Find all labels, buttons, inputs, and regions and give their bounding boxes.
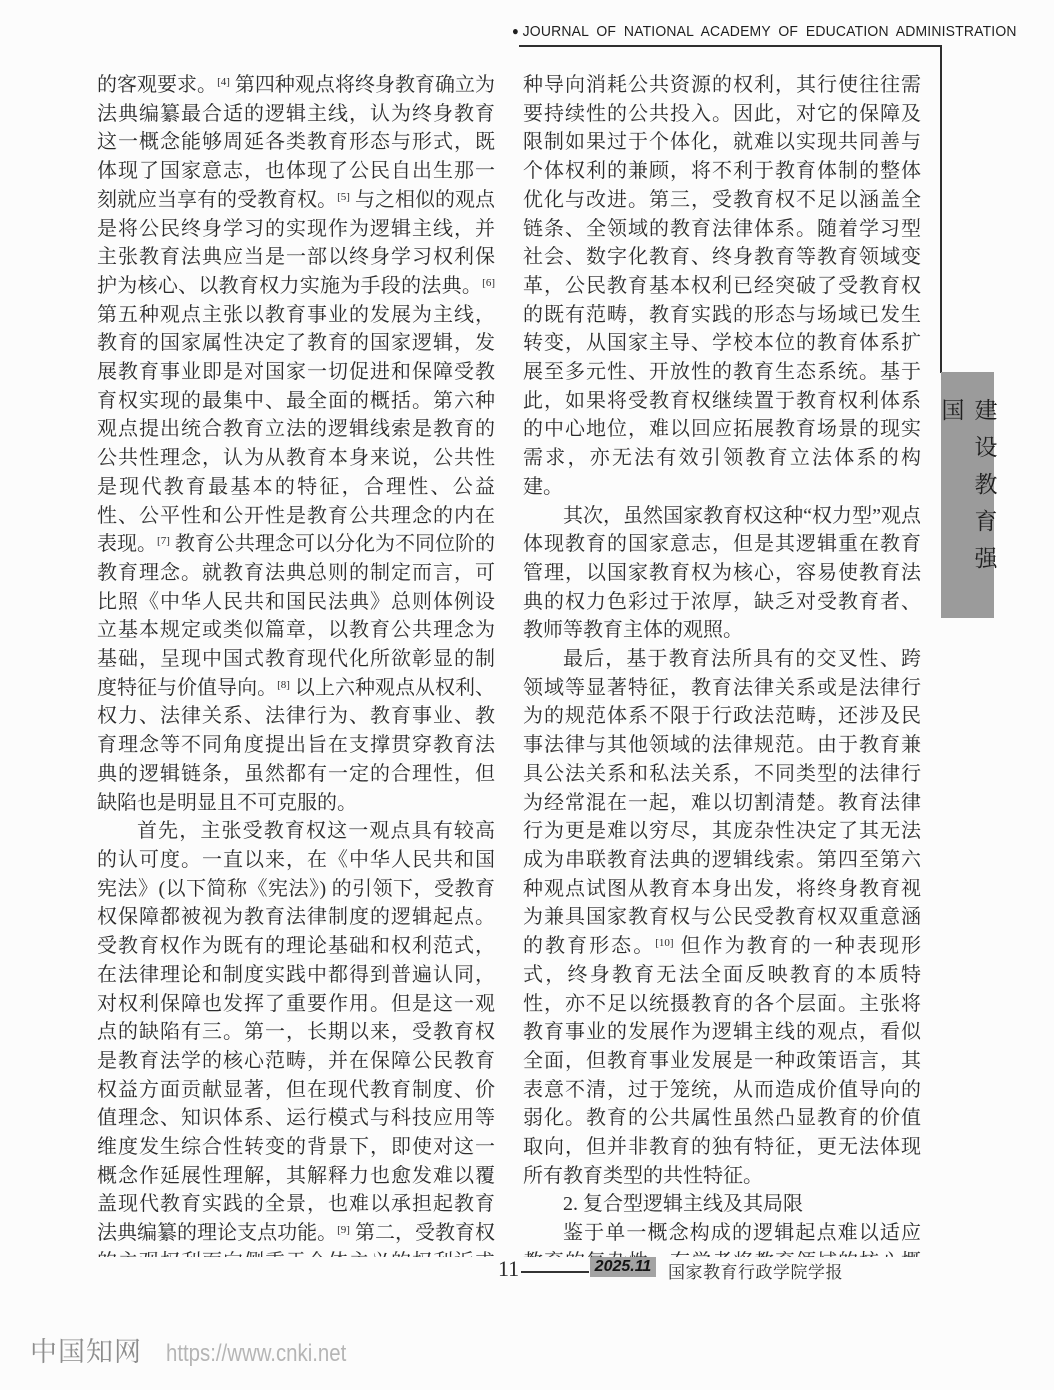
watermark: 中国知网https://www.cnki.net [30,1330,378,1369]
journal-title-en: JOURNAL OF NATIONAL ACADEMY OF EDUCATION… [523,23,1017,40]
journal-page: ●JOURNAL OF NATIONAL ACADEMY OF EDUCATIO… [0,0,1054,1390]
paragraph: 种导向消耗公共资源的权利，其行使往往需要持续性的公共投入。因此，对它的保障及限制… [523,71,921,502]
page-header: ●JOURNAL OF NATIONAL ACADEMY OF EDUCATIO… [512,23,1017,40]
footnote-ref: [7] [157,535,170,547]
footnote-ref: [10] [655,937,673,949]
text-area-right-border [940,45,942,373]
paragraph: 鉴于单一概念构成的逻辑起点难以适应教育的复杂性，有学者将教育领域的核心概念进行排… [523,1219,921,1257]
cnki-logo-text: 中国知网 [30,1337,142,1367]
left-column: 的客观要求。[4] 第四种观点将终身教育确立为法典编纂最合适的逻辑主线，认为终身… [97,71,495,1257]
section-tab: 建设教育强国 [941,372,994,618]
paragraph: 最后，基于教育法所具有的交叉性、跨领域等显著特征，教育法律关系或是法律行为的规范… [523,645,921,1190]
paragraph: 其次，虽然国家教育权这种“权力型”观点体现教育的国家意志，但是其逻辑重在教育管理… [523,502,921,646]
paragraph: 首先，主张受教育权这一观点具有较高的认可度。一直以来，在《中华人民共和国宪法》(… [97,817,495,1257]
paragraph: 的客观要求。[4] 第四种观点将终身教育确立为法典编纂最合适的逻辑主线，认为终身… [97,71,495,817]
footer-rule [521,1271,589,1273]
header-rule [519,45,941,47]
issue-badge: 2025.11 [590,1257,656,1277]
footnote-ref: [5] [337,191,350,203]
cnki-url: https://www.cnki.net [166,1340,346,1368]
paragraph: 2. 复合型逻辑主线及其局限 [523,1190,921,1219]
footnote-ref: [4] [217,76,230,88]
footnote-ref: [6] [482,277,495,289]
section-tab-label: 建设教育强国 [935,398,1001,618]
footnote-ref: [9] [337,1224,350,1236]
footnote-ref: [8] [277,679,290,691]
journal-title-cn: 国家教育行政学院学报 [668,1258,843,1283]
right-column: 种导向消耗公共资源的权利，其行使往往需要持续性的公共投入。因此，对它的保障及限制… [523,71,921,1257]
bullet-icon: ● [512,24,519,38]
page-number: 11 [498,1256,519,1282]
